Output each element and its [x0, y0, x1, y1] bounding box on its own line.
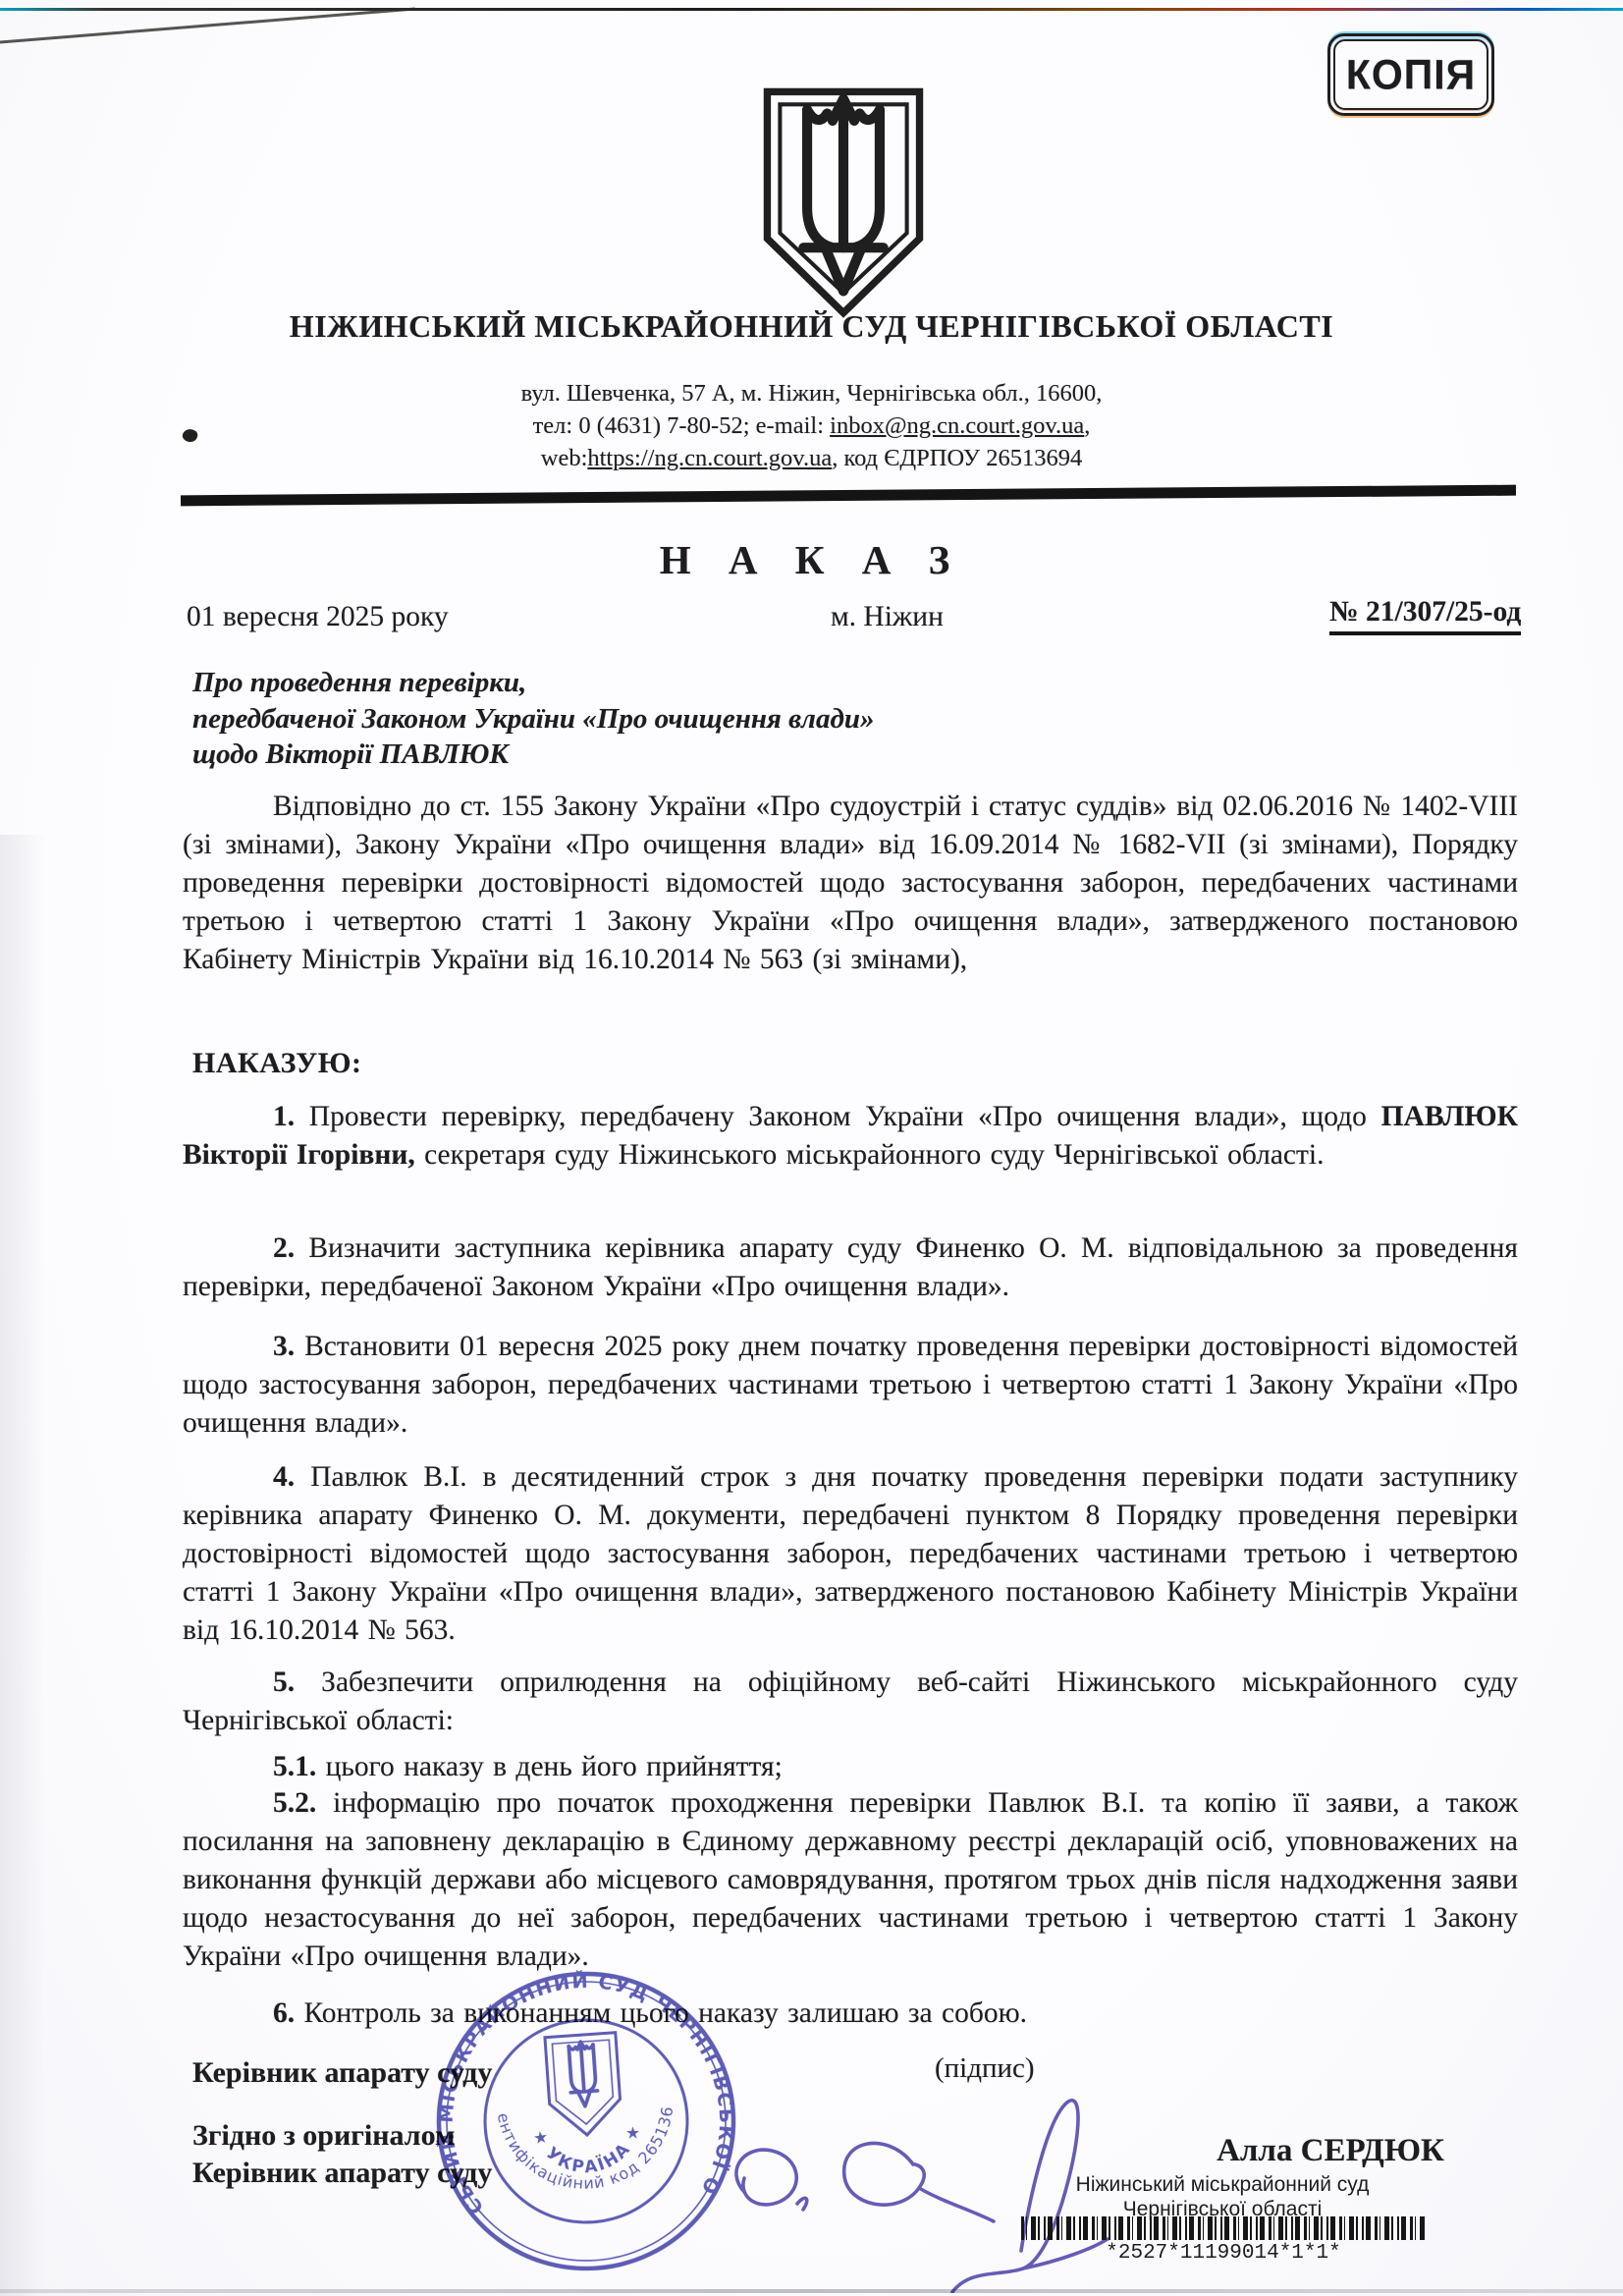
copy-stamp-label: КОПІЯ	[1346, 51, 1476, 99]
seal-code-text: Ідентифікаційний код 26513694	[493, 2100, 682, 2199]
item-4-text: Павлюк В.І. в десятиденний строк з дня п…	[183, 1461, 1518, 1646]
phone-text: тел: 0 (4631) 7-80-52; e-mail:	[533, 412, 831, 439]
signer-organization: Ніжинський міськрайонний суд Чернігівськ…	[1021, 2172, 1424, 2221]
item-6-number: 6.	[273, 1997, 295, 2029]
address-line-2: тел: 0 (4631) 7-80-52; e-mail: inbox@ng.…	[0, 410, 1623, 442]
item-5-2-text: інформацію про початок проходження перев…	[183, 1787, 1518, 1972]
order-item-5-1: 5.1. цього наказу в день його прийняття;	[183, 1748, 1518, 1786]
ukraine-trident-emblem	[752, 84, 935, 320]
item-1-text-a: Провести перевірку, передбачену Законом …	[295, 1101, 1380, 1132]
signer-name: Алла СЕРДЮК	[1168, 2133, 1492, 2169]
order-item-2: 2. Визначити заступника керівника апарат…	[183, 1230, 1518, 1306]
subject-line-1: Про проведення перевірки,	[192, 665, 874, 701]
svg-text:Ідентифікаційний код 26513694: Ідентифікаційний код 26513694	[493, 2100, 682, 2199]
court-seal-stamp: НІЖИНСЬКИЙ МІСЬКРАЙОННИЙ СУД ЧЕРНІГІВСЬК…	[418, 1953, 754, 2289]
item-5-1-number: 5.1.	[273, 1751, 316, 1782]
item-4-number: 4.	[273, 1461, 295, 1493]
item-3-number: 3.	[273, 1331, 295, 1362]
edrpou-code: , код ЄДРПОУ 26513694	[832, 445, 1082, 471]
scanned-court-order-page: КОПІЯ НІЖИНСЬКИЙ МІСЬКРАЙОННИЙ СУД ЧЕРНІ…	[0, 0, 1623, 2296]
order-item-5-2: 5.2. інформацію про початок проходження …	[183, 1784, 1518, 1976]
court-address-block: вул. Шевченка, 57 А, м. Ніжин, Чернігівс…	[0, 377, 1623, 474]
address-line-3: web:https://ng.cn.court.gov.ua, код ЄДРП…	[0, 442, 1623, 474]
order-preamble: Відповідно до ст. 155 Закону України «Пр…	[183, 788, 1518, 979]
web-label: web:	[541, 445, 588, 471]
copy-stamp: КОПІЯ	[1327, 33, 1494, 116]
order-date: 01 вересня 2025 року	[187, 601, 449, 633]
order-title: Н А К А З	[0, 536, 1623, 583]
scan-left-shadow	[0, 835, 45, 2296]
certified-true-copy: Згідно з оригіналом	[192, 2119, 455, 2153]
seal-trident-shield	[545, 2033, 622, 2138]
court-name: НІЖИНСЬКИЙ МІСЬКРАЙОННИЙ СУД ЧЕРНІГІВСЬК…	[0, 308, 1623, 345]
order-place: м. Ніжин	[831, 601, 944, 633]
order-item-6: 6. Контроль за виконанням цього наказу з…	[183, 1995, 1518, 2033]
item-2-text: Визначити заступника керівника апарату с…	[183, 1232, 1518, 1302]
email-link: inbox@ng.cn.court.gov.ua	[830, 412, 1084, 439]
header-divider	[181, 485, 1516, 507]
item-5-number: 5.	[273, 1667, 295, 1698]
order-subject: Про проведення перевірки, передбаченої З…	[192, 665, 874, 773]
order-item-1: 1. Провести перевірку, передбачену Закон…	[183, 1098, 1518, 1175]
order-item-4: 4. Павлюк В.І. в десятиденний строк з дн…	[183, 1458, 1518, 1650]
item-3-text: Встановити 01 вересня 2025 року днем поч…	[183, 1331, 1518, 1439]
web-link: https://ng.cn.court.gov.ua	[587, 445, 832, 471]
address-line-1: вул. Шевченка, 57 А, м. Ніжин, Чернігівс…	[0, 377, 1623, 410]
item-5-text: Забезпечити оприлюдення на офіційному ве…	[183, 1667, 1518, 1736]
order-item-5: 5. Забезпечити оприлюдення на офіційному…	[183, 1664, 1518, 1740]
item-1-number: 1.	[273, 1101, 295, 1132]
document-barcode	[1021, 2216, 1426, 2240]
resolve-word: НАКАЗУЮ:	[192, 1047, 362, 1080]
item-1-text-b: секретаря суду Ніжинського міськрайонног…	[415, 1139, 1325, 1171]
order-number: № 21/307/25-од	[1329, 596, 1521, 635]
subject-line-2: передбаченої Законом України «Про очищен…	[192, 701, 874, 738]
barcode-text: *2527*11199014*1*1*	[1021, 2242, 1426, 2265]
item-5-1-text: цього наказу в день його прийняття;	[316, 1751, 783, 1782]
signer-org-line-1: Ніжинський міськрайонний суд	[1021, 2172, 1424, 2197]
scan-edge-line	[0, 8, 1623, 11]
line2-suffix: ,	[1084, 412, 1090, 439]
item-5-2-number: 5.2.	[273, 1787, 316, 1819]
scan-corner-line	[0, 8, 415, 44]
order-item-3: 3. Встановити 01 вересня 2025 року днем …	[183, 1328, 1518, 1443]
item-2-number: 2.	[273, 1232, 295, 1264]
subject-line-3: щодо Вікторії ПАВЛЮК	[192, 737, 874, 773]
